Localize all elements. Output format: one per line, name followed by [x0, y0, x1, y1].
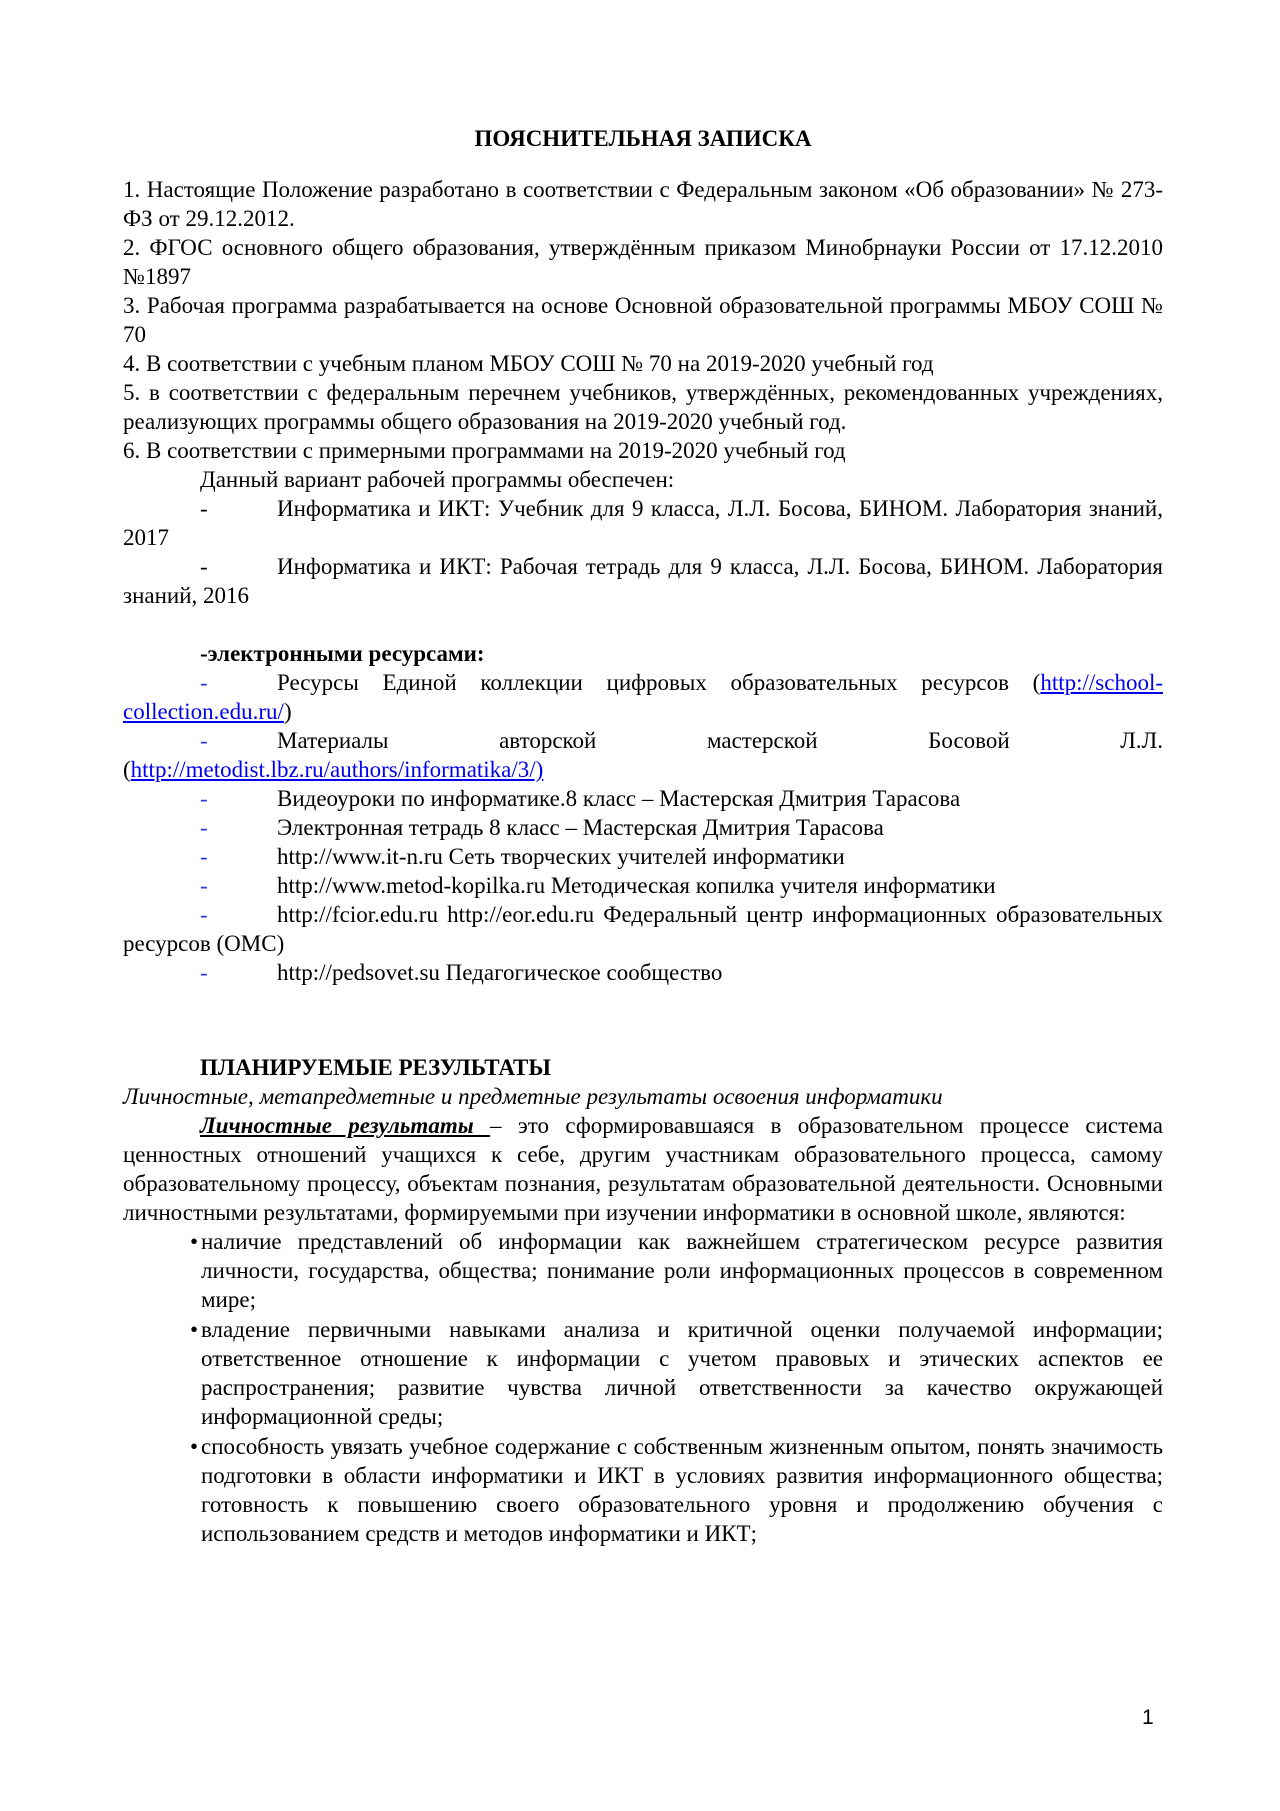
metodist-link[interactable]: http://metodist.lbz.ru/authors/informati… [131, 757, 544, 782]
dash-marker: - [200, 784, 277, 813]
textbook-text: Информатика и ИКТ: Учебник для 9 класса,… [123, 496, 1163, 550]
page-number: 1 [1142, 1703, 1154, 1732]
list-item: •наличие представлений об информации как… [190, 1227, 1163, 1314]
spacer [123, 987, 1163, 1045]
dash-marker: - [200, 726, 277, 755]
list-item: •владение первичными навыками анализа и … [190, 1315, 1163, 1431]
numbered-item-3: 3. Рабочая программа разрабатывается на … [123, 291, 1163, 349]
personal-results-list: •наличие представлений об информации как… [123, 1227, 1163, 1548]
e-resource-item: -http://www.it-n.ru Сеть творческих учит… [123, 842, 1163, 871]
page-title: ПОЯСНИТЕЛЬНАЯ ЗАПИСКА [123, 124, 1163, 153]
dash-marker: - [200, 668, 277, 697]
e-resource-text: Ресурсы Единой коллекции цифровых образо… [277, 670, 1040, 695]
e-resources-heading: -электронными ресурсами: [123, 639, 1163, 668]
bullet-icon: • [190, 1432, 201, 1461]
numbered-item-1: 1. Настоящие Положение разработано в соо… [123, 175, 1163, 233]
e-resource-text: http://pedsovet.su Педагогическое сообще… [277, 960, 722, 985]
e-resource-text: http://www.it-n.ru Сеть творческих учите… [277, 844, 845, 869]
textbook-item: -Информатика и ИКТ: Учебник для 9 класса… [123, 494, 1163, 552]
numbered-item-5: 5. в соответствии с федеральным перечнем… [123, 378, 1163, 436]
list-item-text: наличие представлений об информации как … [201, 1229, 1163, 1312]
numbered-item-4: 4. В соответствии с учебным планом МБОУ … [123, 349, 1163, 378]
e-resource-item: -Материалы авторской мастерской Босовой … [123, 726, 1163, 784]
provided-intro: Данный вариант рабочей программы обеспеч… [123, 465, 1163, 494]
e-resource-item: -http://www.metod-kopilka.ru Методическа… [123, 871, 1163, 900]
e-resource-item: -Видеоуроки по информатике.8 класс – Мас… [123, 784, 1163, 813]
personal-results-term: Личностные результаты [200, 1113, 490, 1138]
numbered-item-6: 6. В соответствии с примерными программа… [123, 436, 1163, 465]
textbook-item: -Информатика и ИКТ: Рабочая тетрадь для … [123, 552, 1163, 610]
dash-marker: - [200, 494, 277, 523]
list-item-text: владение первичными навыками анализа и к… [201, 1317, 1163, 1429]
e-resource-text-after: ) [284, 699, 292, 724]
dash-marker: - [200, 900, 277, 929]
dash-marker: - [200, 813, 277, 842]
dash-marker: - [200, 958, 277, 987]
section-heading-planned-results: ПЛАНИРУЕМЫЕ РЕЗУЛЬТАТЫ [200, 1053, 1163, 1082]
list-item-text: способность увязать учебное содержание с… [201, 1434, 1163, 1546]
dash-marker: - [200, 871, 277, 900]
document-page: ПОЯСНИТЕЛЬНАЯ ЗАПИСКА 1. Настоящие Полож… [123, 124, 1163, 1549]
dash-marker: - [200, 552, 277, 581]
e-resource-text: http://fcior.edu.ru http://eor.edu.ru Фе… [123, 902, 1163, 956]
e-resource-item: -Ресурсы Единой коллекции цифровых образ… [123, 668, 1163, 726]
e-resource-text: Электронная тетрадь 8 класс – Мастерская… [277, 815, 884, 840]
bullet-icon: • [190, 1227, 201, 1256]
numbered-item-2: 2. ФГОС основного общего образования, ут… [123, 233, 1163, 291]
spacer [123, 610, 1163, 639]
textbook-text: Информатика и ИКТ: Рабочая тетрадь для 9… [123, 554, 1163, 608]
e-resource-text: Видеоуроки по информатике.8 класс – Маст… [277, 786, 960, 811]
dash-marker: - [200, 842, 277, 871]
list-item: •способность увязать учебное содержание … [190, 1432, 1163, 1548]
section-subtitle: Личностные, метапредметные и предметные … [123, 1082, 1163, 1111]
e-resource-item: -http://fcior.edu.ru http://eor.edu.ru Ф… [123, 900, 1163, 958]
personal-results-paragraph: Личностные результаты – это сформировавш… [123, 1111, 1163, 1227]
bullet-icon: • [190, 1315, 201, 1344]
e-resource-item: -Электронная тетрадь 8 класс – Мастерска… [123, 813, 1163, 842]
e-resource-text: http://www.metod-kopilka.ru Методическая… [277, 873, 996, 898]
e-resource-item: -http://pedsovet.su Педагогическое сообщ… [123, 958, 1163, 987]
